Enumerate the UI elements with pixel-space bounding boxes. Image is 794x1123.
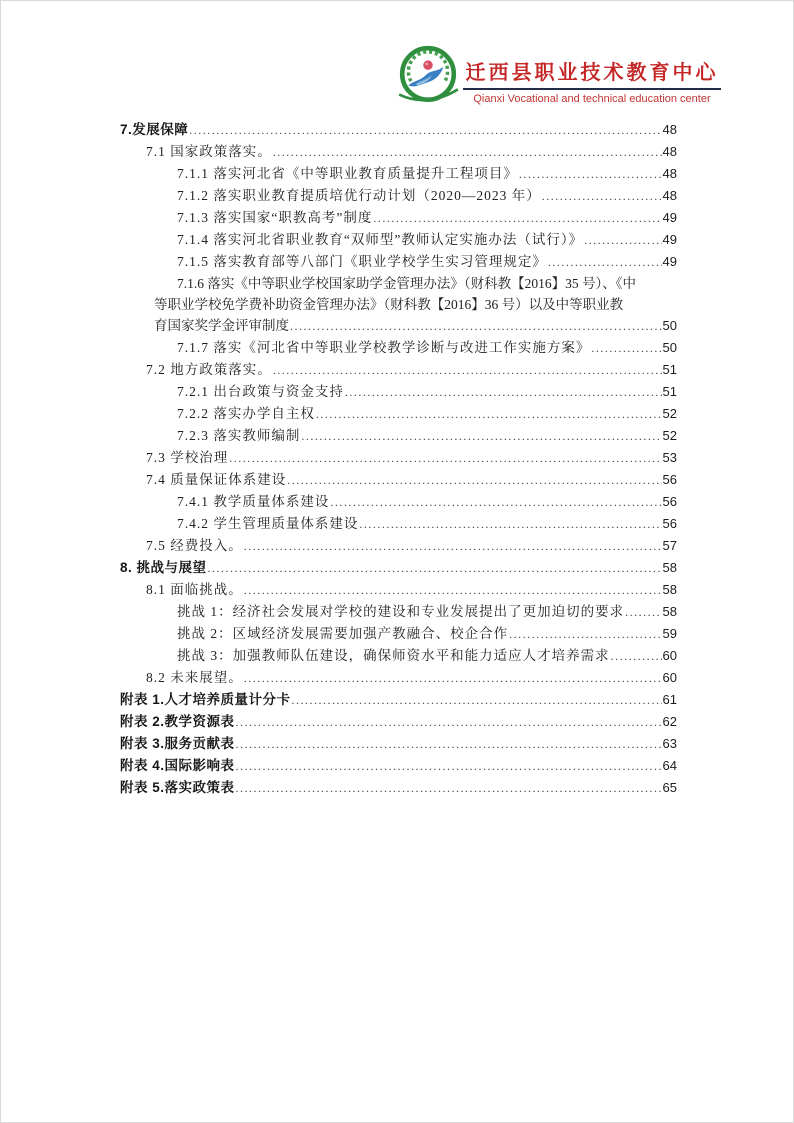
page-number: 48 (663, 141, 677, 162)
toc-entry-label: 7.1.4 落实河北省职业教育“双师型”教师认定实施办法（试行）》 (177, 229, 583, 250)
toc-entry[interactable]: 8. 挑战与展望 58 (120, 557, 677, 579)
toc-entry-label: 7.2.2 落实办学自主权 (177, 403, 315, 424)
toc-entry-label: 挑战 2：区域经济发展需要加强产教融合、校企合作 (177, 623, 508, 644)
dot-leader (236, 712, 662, 733)
toc-entry[interactable]: 7.5 经费投入。 57 (120, 535, 677, 557)
toc-entry-label: 7.2.3 落实教师编制 (177, 425, 300, 446)
toc-entry-label: 附表 4.国际影响表 (120, 755, 235, 776)
toc-entry-label: 8.1 面临挑战。 (146, 579, 243, 600)
dot-leader (542, 186, 662, 207)
dot-leader (290, 316, 662, 337)
dot-leader (273, 360, 662, 381)
page-number: 49 (663, 229, 677, 250)
page-number: 58 (663, 601, 677, 622)
page-number: 50 (663, 337, 677, 358)
page-number: 50 (663, 315, 677, 336)
dot-leader (509, 624, 661, 645)
dot-leader (359, 514, 661, 535)
dot-leader (236, 734, 662, 755)
dot-leader (519, 164, 662, 185)
toc-entry-label: 8. 挑战与展望 (120, 557, 207, 578)
dot-leader (292, 690, 662, 711)
toc-entry-label: 7.4.2 学生管理质量体系建设 (177, 513, 358, 534)
page-number: 65 (663, 777, 677, 798)
page-number: 48 (663, 163, 677, 184)
page-number: 56 (663, 491, 677, 512)
toc-entry-label: 7.1.2 落实职业教育提质培优行动计划（2020—2023 年） (177, 185, 541, 206)
page-number: 48 (663, 119, 677, 140)
letterhead-divider (463, 88, 721, 90)
page-number: 63 (663, 733, 677, 754)
dot-leader (316, 404, 662, 425)
page-number: 64 (663, 755, 677, 776)
toc-entry[interactable]: 7.3 学校治理 53 (120, 447, 677, 469)
toc-entry[interactable]: 7.1 国家政策落实。 48 (120, 141, 677, 163)
toc-entry[interactable]: 7.2.2 落实办学自主权 52 (120, 403, 677, 425)
toc-entry[interactable]: 7.2.1 出台政策与资金支持 51 (120, 381, 677, 403)
toc-entry-label: 7.1.3 落实国家“职教高考”制度 (177, 207, 372, 228)
dot-leader (301, 426, 661, 447)
dot-leader (244, 668, 662, 689)
toc-entry[interactable]: 7.1.7 落实《河北省中等职业学校教学诊断与改进工作实施方案》 50 (120, 337, 677, 359)
toc-entry[interactable]: 挑战 1：经济社会发展对学校的建设和专业发展提出了更加迫切的要求 58 (120, 601, 677, 623)
page-number: 58 (663, 557, 677, 578)
dot-leader (236, 778, 662, 799)
dot-leader (584, 230, 661, 251)
page-number: 60 (663, 645, 677, 666)
school-emblem-icon (395, 43, 461, 109)
toc-entry-label: 7.3 学校治理 (146, 447, 228, 468)
dot-leader (236, 756, 662, 777)
toc-entry[interactable]: 附表 1.人才培养质量计分卡 61 (120, 689, 677, 711)
toc-entry-label: 附表 5.落实政策表 (120, 777, 235, 798)
toc-entry-label: 7.2 地方政策落实。 (146, 359, 272, 380)
toc-entry[interactable]: 7.4.1 教学质量体系建设 56 (120, 491, 677, 513)
toc-entry-label: 附表 1.人才培养质量计分卡 (120, 689, 291, 710)
toc-entry-label: 挑战 3：加强教师队伍建设，确保师资水平和能力适应人才培养需求 (177, 645, 610, 666)
page-number: 61 (663, 689, 677, 710)
dot-leader (548, 252, 662, 273)
toc-entry-label: 7.4 质量保证体系建设 (146, 469, 286, 490)
toc-entry[interactable]: 附表 4.国际影响表 64 (120, 755, 677, 777)
toc-entry[interactable]: 8.1 面临挑战。 58 (120, 579, 677, 601)
school-name-en: Qianxi Vocational and technical educatio… (463, 93, 721, 105)
dot-leader (330, 492, 661, 513)
toc-entry[interactable]: 7.1.2 落实职业教育提质培优行动计划（2020—2023 年） 48 (120, 185, 677, 207)
toc-entry-label: 7.发展保障 (120, 119, 188, 140)
dot-leader (373, 208, 661, 229)
table-of-contents: 7.发展保障 48 7.1 国家政策落实。 48 7.1.1 落实河北省《中等职… (120, 119, 677, 799)
toc-entry[interactable]: 7.发展保障 48 (120, 119, 677, 141)
toc-entry-label: 7.1.6 落实《中等职业学校国家助学金管理办法》（财科教【2016】35 号）… (177, 276, 636, 291)
toc-entry[interactable]: 7.2.3 落实教师编制 52 (120, 425, 677, 447)
toc-entry[interactable]: 8.2 未来展望。 60 (120, 667, 677, 689)
page-number: 49 (663, 251, 677, 272)
dot-leader (208, 558, 662, 579)
toc-entry-label: 7.1.7 落实《河北省中等职业学校教学诊断与改进工作实施方案》 (177, 337, 590, 358)
page-number: 56 (663, 469, 677, 490)
toc-entry[interactable]: 7.1.6 落实《中等职业学校国家助学金管理办法》（财科教【2016】35 号）… (120, 273, 677, 337)
dot-leader (287, 470, 661, 491)
toc-entry-label: 挑战 1：经济社会发展对学校的建设和专业发展提出了更加迫切的要求 (177, 601, 624, 622)
page-number: 48 (663, 185, 677, 206)
toc-entry-label: 附表 3.服务贡献表 (120, 733, 235, 754)
page-number: 53 (663, 447, 677, 468)
toc-entry[interactable]: 挑战 3：加强教师队伍建设，确保师资水平和能力适应人才培养需求 60 (120, 645, 677, 667)
toc-entry[interactable]: 附表 2.教学资源表 62 (120, 711, 677, 733)
dot-leader (591, 338, 661, 359)
dot-leader (273, 142, 662, 163)
dot-leader (244, 580, 662, 601)
toc-entry[interactable]: 附表 3.服务贡献表 63 (120, 733, 677, 755)
dot-leader (611, 646, 662, 667)
page-number: 52 (663, 425, 677, 446)
page-number: 49 (663, 207, 677, 228)
document-page: 迁西县职业技术教育中心 Qianxi Vocational and techni… (0, 0, 794, 1123)
toc-entry-label: 8.2 未来展望。 (146, 667, 243, 688)
toc-entry-label: 7.4.1 教学质量体系建设 (177, 491, 329, 512)
toc-entry-label: 7.1.5 落实教育部等八部门《职业学校学生实习管理规定》 (177, 251, 547, 272)
dot-leader (244, 536, 662, 557)
school-name-cn: 迁西县职业技术教育中心 (463, 56, 721, 85)
toc-entry[interactable]: 7.1.1 落实河北省《中等职业教育质量提升工程项目》 48 (120, 163, 677, 185)
dot-leader (345, 382, 662, 403)
toc-entry-label-continued: 育国家奖学金评审制度 (154, 315, 289, 336)
toc-entry-label: 7.1 国家政策落实。 (146, 141, 272, 162)
toc-entry-label-continued: 等职业学校免学费补助资金管理办法》（财科教【2016】36 号）以及中等职业教 (154, 297, 623, 312)
toc-entry-label: 7.2.1 出台政策与资金支持 (177, 381, 344, 402)
toc-entry[interactable]: 7.4 质量保证体系建设 56 (120, 469, 677, 491)
page-number: 52 (663, 403, 677, 424)
dot-leader (189, 120, 661, 141)
toc-entry[interactable]: 7.1.3 落实国家“职教高考”制度 49 (120, 207, 677, 229)
page-number: 51 (663, 381, 677, 402)
letterhead-titles: 迁西县职业技术教育中心 Qianxi Vocational and techni… (463, 43, 721, 105)
page-number: 58 (663, 579, 677, 600)
page-number: 59 (663, 623, 677, 644)
toc-entry-label: 附表 2.教学资源表 (120, 711, 235, 732)
page-number: 56 (663, 513, 677, 534)
toc-entry[interactable]: 7.1.4 落实河北省职业教育“双师型”教师认定实施办法（试行）》 49 (120, 229, 677, 251)
page-number: 62 (663, 711, 677, 732)
toc-entry[interactable]: 挑战 2：区域经济发展需要加强产教融合、校企合作 59 (120, 623, 677, 645)
dot-leader (625, 602, 661, 623)
toc-entry-label: 7.5 经费投入。 (146, 535, 243, 556)
toc-entry[interactable]: 7.1.5 落实教育部等八部门《职业学校学生实习管理规定》 49 (120, 251, 677, 273)
toc-entry[interactable]: 7.2 地方政策落实。 51 (120, 359, 677, 381)
toc-entry-label: 7.1.1 落实河北省《中等职业教育质量提升工程项目》 (177, 163, 518, 184)
dot-leader (229, 448, 661, 469)
page-number: 51 (663, 359, 677, 380)
toc-entry[interactable]: 7.4.2 学生管理质量体系建设 56 (120, 513, 677, 535)
toc-entry[interactable]: 附表 5.落实政策表 65 (120, 777, 677, 799)
letterhead: 迁西县职业技术教育中心 Qianxi Vocational and techni… (395, 43, 721, 109)
page-number: 57 (663, 535, 677, 556)
page-number: 60 (663, 667, 677, 688)
